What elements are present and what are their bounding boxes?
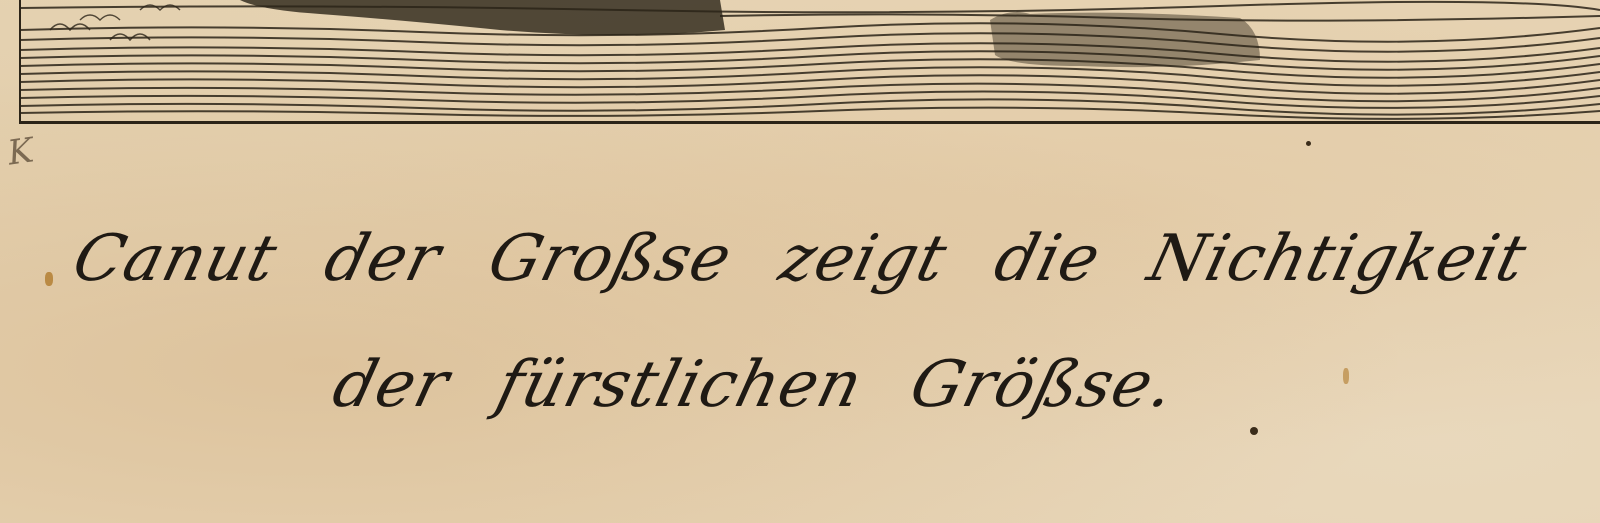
caption-line-1: Canut der Großse zeigt die Nichtigkeit [66, 222, 1600, 296]
engraving-frame-left-line [19, 0, 21, 124]
paper-stain [45, 272, 53, 286]
engraving-frame-bottom-line [19, 121, 1600, 124]
paper-stain [1343, 368, 1349, 384]
ink-speck [1250, 427, 1258, 435]
hatched-sea-engraving [20, 0, 1600, 125]
engraving-image-area [20, 0, 1600, 125]
ink-speck [1306, 141, 1311, 146]
engraver-monogram: K [5, 130, 36, 173]
caption-line-2: der fürstlichen Größse. [326, 348, 1600, 422]
